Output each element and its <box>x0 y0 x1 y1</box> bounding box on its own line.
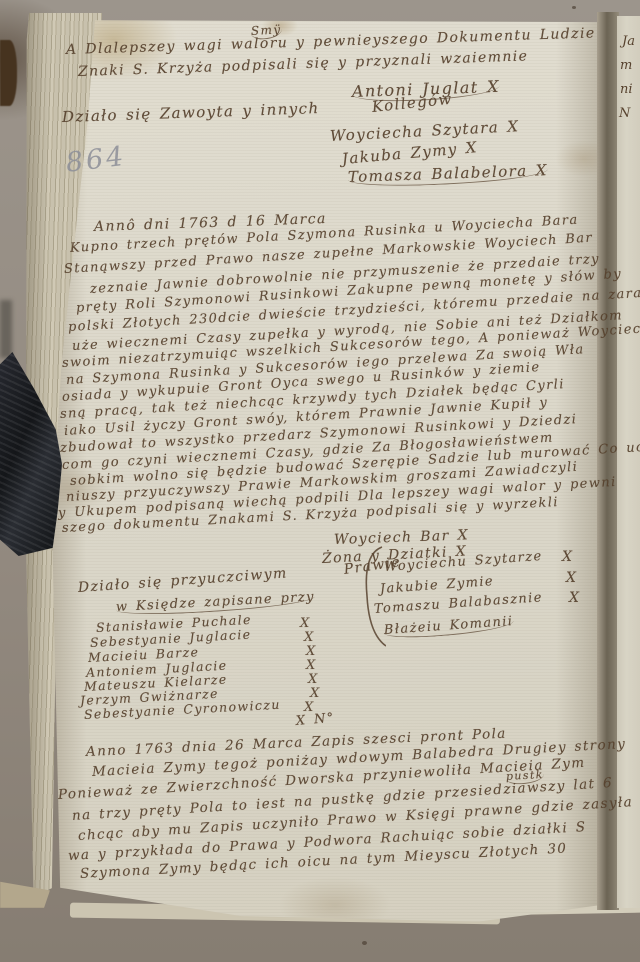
table-speck <box>362 941 367 945</box>
witness-cross-mark: X <box>562 549 573 565</box>
witness-cross-mark: X <box>306 644 317 659</box>
witness-cross-mark: X <box>569 590 580 606</box>
facing-page-text-fragment: m <box>620 58 632 73</box>
book-photo: Smÿ A Dlalepszey wagi waloru y pewnieysz… <box>0 0 640 962</box>
witness-cross-mark: X <box>306 658 317 673</box>
facing-page-text-fragment: N <box>619 106 630 121</box>
table-speck <box>572 6 576 9</box>
witness-cross-mark: X <box>304 630 315 645</box>
facing-page-text-fragment: ni <box>620 82 633 97</box>
facing-page-text-fragment: Ja <box>622 34 635 49</box>
spine-leather-patch <box>0 40 17 106</box>
witness-cross-mark: X <box>566 570 577 586</box>
brace-curve <box>360 544 386 650</box>
facing-page-sliver <box>617 16 640 908</box>
witness-cross-mark: X <box>310 686 321 701</box>
cover-shadow <box>0 300 12 358</box>
witness-cross-mark: X <box>300 616 311 631</box>
witness-cross-mark: X <box>308 672 319 687</box>
